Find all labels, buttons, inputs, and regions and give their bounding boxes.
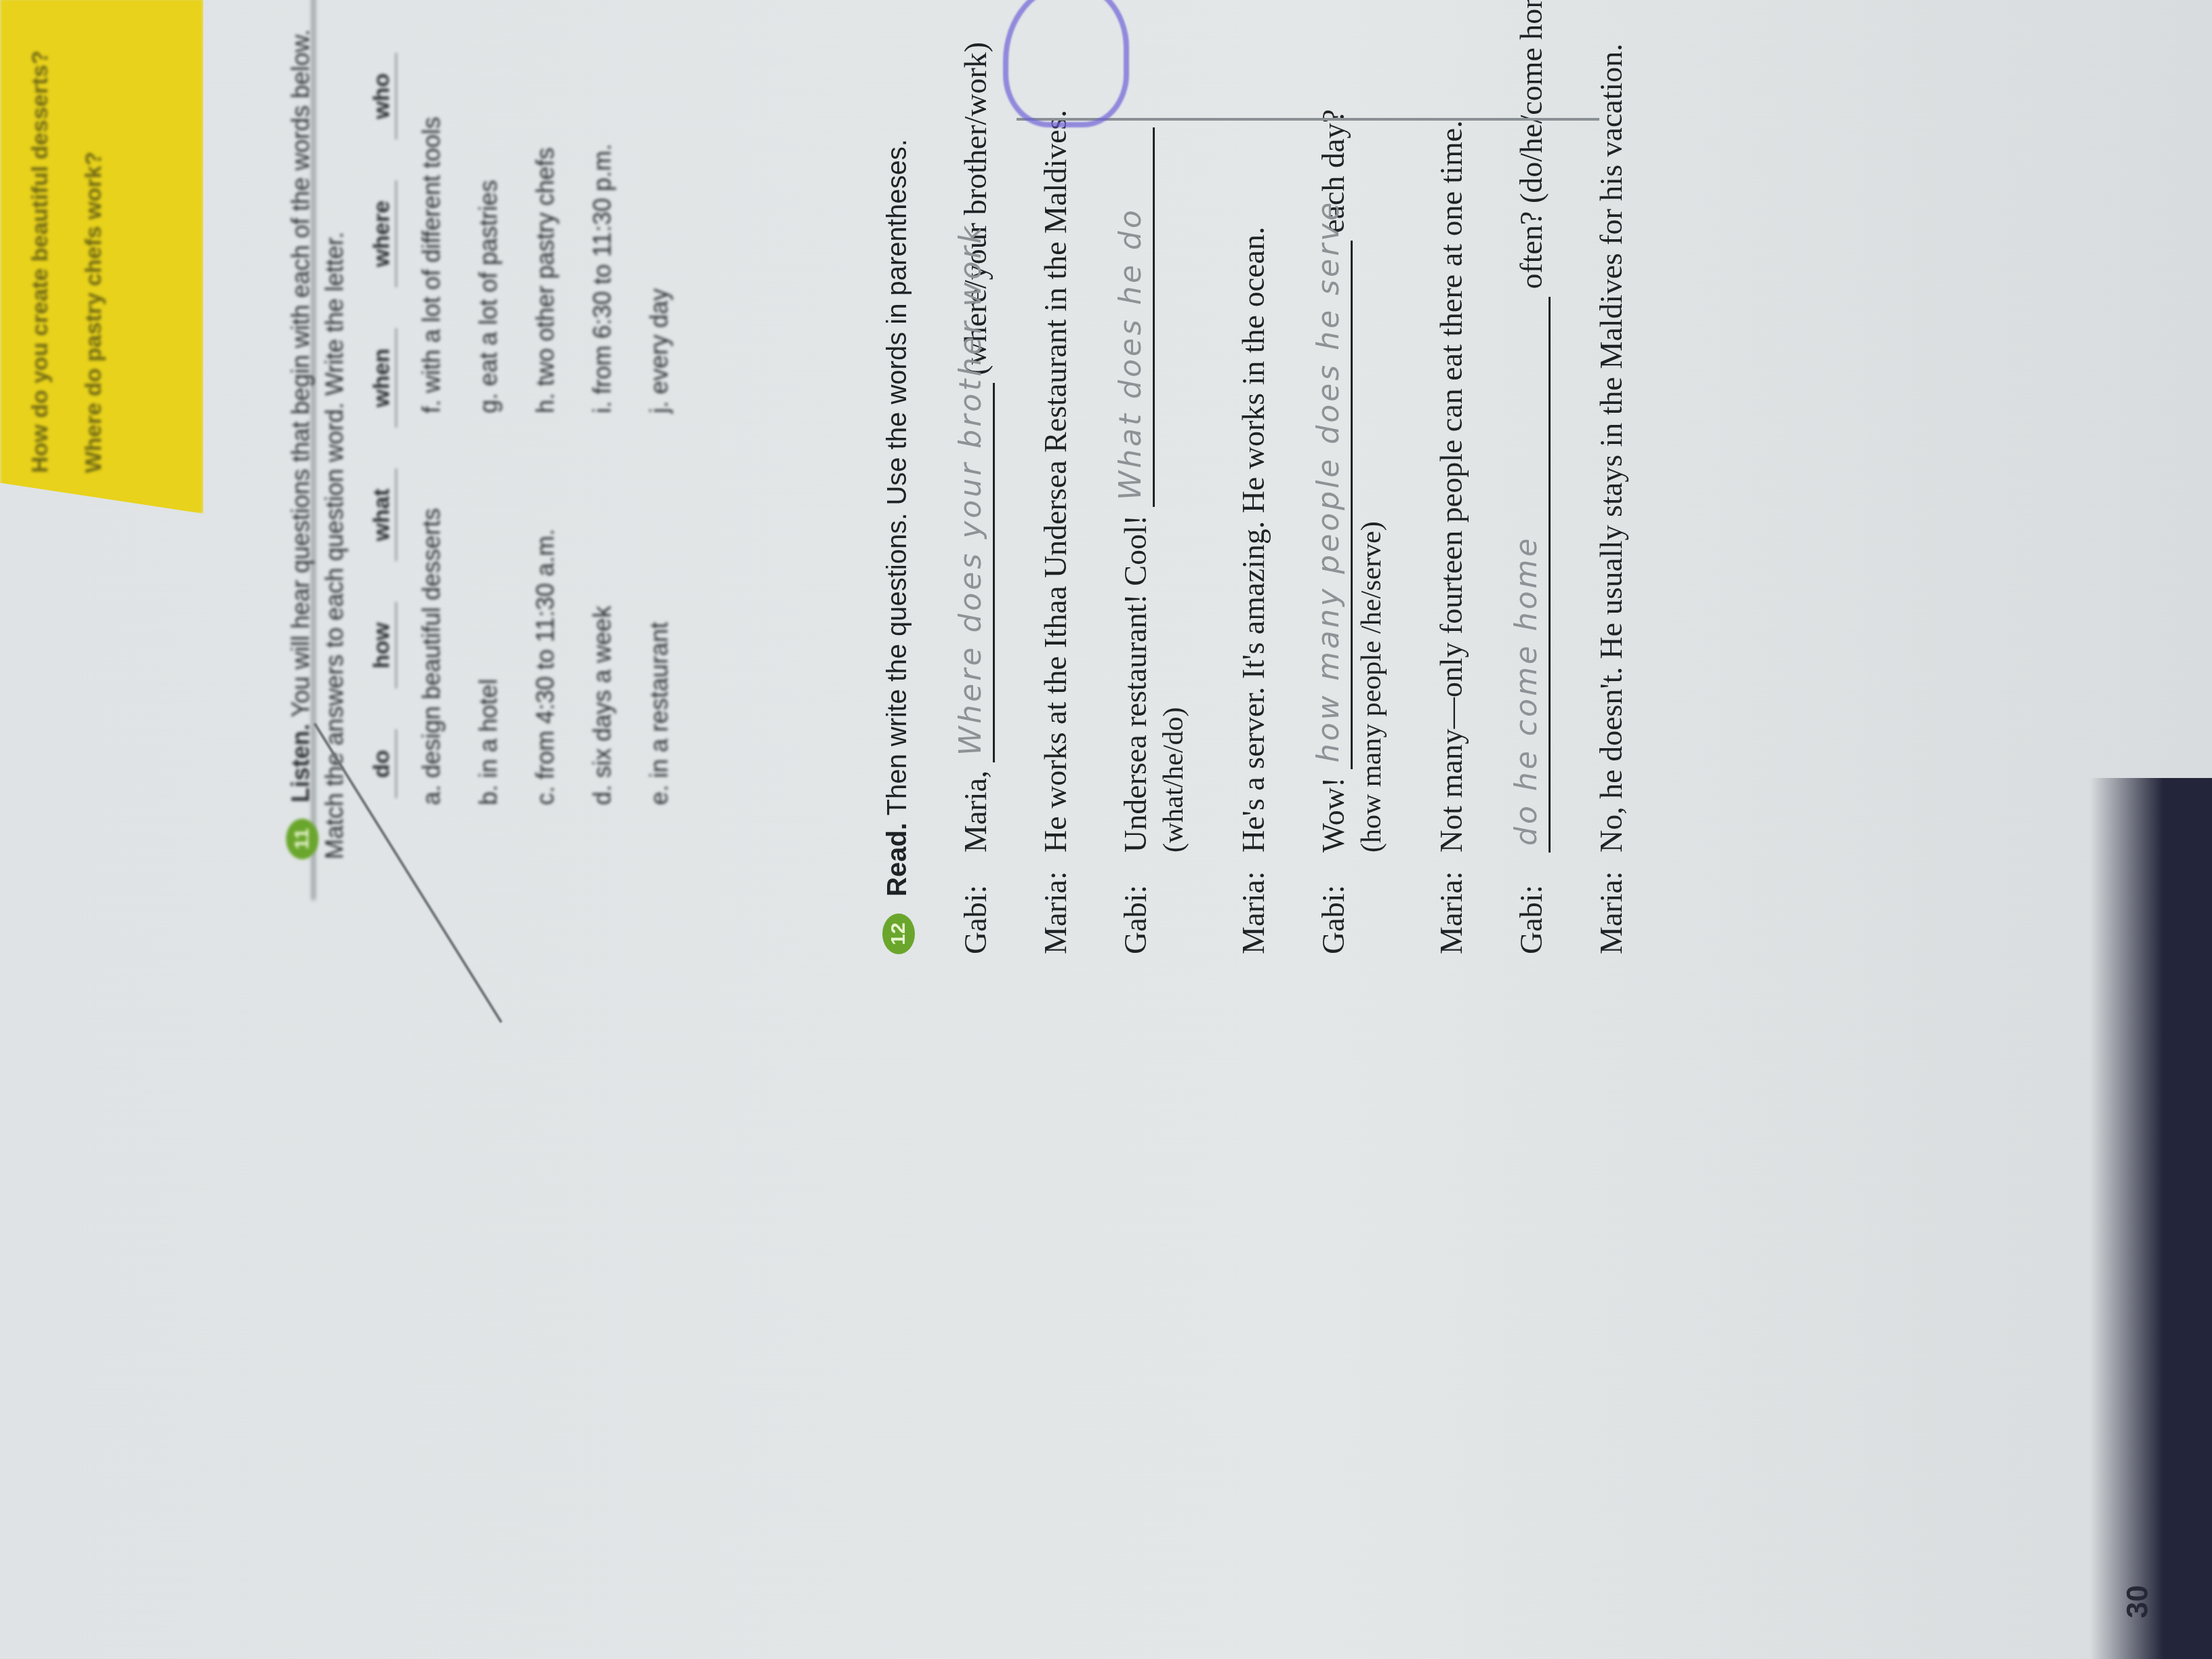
instruction-text: Then write the questions. Use the words …	[882, 139, 912, 815]
line-text: Wow!	[1316, 777, 1351, 853]
instruction-bold: Listen.	[287, 724, 314, 802]
speaker: Gabi:	[1513, 853, 1551, 954]
textbook-page: How do you create beautiful desserts? Wh…	[0, 0, 2212, 1659]
background-desk	[2090, 778, 2212, 1659]
answer-blank[interactable]: how many people does he serve	[1319, 241, 1353, 769]
instruction-bold: Read.	[882, 823, 912, 897]
answer-item: g. eat a lot of pastries	[474, 117, 503, 413]
speaker: Maria:	[1593, 853, 1631, 954]
speaker: Maria:	[1235, 853, 1273, 954]
word-bank-item: who	[369, 53, 397, 140]
yellow-box-line: Where do pastry chefs work?	[81, 39, 107, 473]
matching-columns: a. design beautiful desserts b. in a hot…	[417, 12, 702, 805]
dialogue-line: Gabi: do he come home often? (do/he/come…	[1513, 0, 1551, 954]
handwritten-answer: how many people does he serve	[1310, 200, 1348, 763]
speaker: Gabi:	[1315, 853, 1391, 954]
word-bank-item: when	[369, 328, 397, 428]
word-bank-item: where	[369, 180, 397, 287]
word-bank-item: what	[369, 468, 397, 561]
dialogue-line: Maria: No, he doesn't. He usually stays …	[1593, 0, 1631, 954]
exercise-11: 11 Listen. You will hear questions that …	[285, 12, 702, 859]
answer-blank[interactable]: do he come home	[1517, 297, 1551, 853]
answer-item: j. every day	[645, 117, 674, 413]
answer-item: b. in a hotel	[474, 508, 503, 805]
line-text: often? (do/he/come home)	[1514, 0, 1549, 289]
answer-item: e. in a restaurant	[645, 508, 674, 805]
hint-text: (how many people /he/serve)	[1353, 0, 1391, 853]
yellow-box-line: How do you create beautiful desserts?	[27, 39, 54, 473]
dialogue-line: Gabi: Maria, Where does your brother wor…	[957, 0, 995, 954]
dialogue-line: Maria: Not many—only fourteen people can…	[1433, 0, 1471, 954]
hint-text: (what/he/do)	[1155, 0, 1193, 853]
handwritten-answer: What does he do	[1112, 207, 1150, 500]
line-text: He's a server. It's amazing. He works in…	[1235, 0, 1273, 853]
dialogue-line: Gabi: Wow! how many people does he serve…	[1315, 0, 1391, 954]
speaker: Maria:	[1433, 853, 1471, 954]
answer-blank[interactable]: Where does your brother work	[962, 383, 995, 762]
answer-item: i. from 6:30 to 11:30 p.m.	[588, 117, 617, 413]
handwritten-answer: Where does your brother work	[952, 224, 990, 756]
exercise-12-instruction: 12 Read. Then write the questions. Use t…	[881, 0, 915, 954]
answers-left: a. design beautiful desserts b. in a hot…	[417, 508, 702, 805]
answer-item: c. from 4:30 to 11:30 a.m.	[531, 508, 560, 805]
line-text: He works at the Ithaa Undersea Restauran…	[1037, 0, 1075, 853]
line-text: Not many—only fourteen people can eat th…	[1433, 0, 1471, 853]
answer-blank[interactable]: What does he do	[1122, 127, 1155, 507]
line-text: No, he doesn't. He usually stays in the …	[1593, 0, 1631, 853]
answers-right: f. with a lot of different tools g. eat …	[417, 117, 702, 413]
answer-item: f. with a lot of different tools	[417, 117, 446, 413]
speaker: Gabi:	[957, 853, 995, 954]
speaker: Gabi:	[1117, 853, 1193, 954]
pen-scribble	[1003, 0, 1129, 127]
speaker: Maria:	[1037, 853, 1075, 954]
line-text: Undersea restaurant! Cool!	[1118, 515, 1153, 853]
handwritten-answer: do he come home	[1508, 535, 1546, 846]
exercise-12: 12 Read. Then write the questions. Use t…	[881, 0, 1631, 954]
exercise-number-badge: 12	[882, 914, 915, 954]
word-bank-item: how	[369, 602, 397, 689]
line-text: Maria,	[958, 771, 993, 853]
answer-item: a. design beautiful desserts	[417, 508, 446, 805]
answer-item: h. two other pastry chefs	[531, 117, 560, 413]
dialogue-line: Maria: He's a server. It's amazing. He w…	[1235, 0, 1273, 954]
yellow-info-box: How do you create beautiful desserts? Wh…	[0, 0, 203, 514]
word-bank-item: do	[369, 729, 397, 798]
word-bank: do how what when where who	[369, 12, 397, 798]
exercise-number-badge: 11	[286, 819, 319, 859]
dialogue-line: Maria: He works at the Ithaa Undersea Re…	[1037, 0, 1075, 954]
dialogue-line: Gabi: Undersea restaurant! Cool! What do…	[1117, 0, 1193, 954]
answer-item: d. six days a week	[588, 508, 617, 805]
